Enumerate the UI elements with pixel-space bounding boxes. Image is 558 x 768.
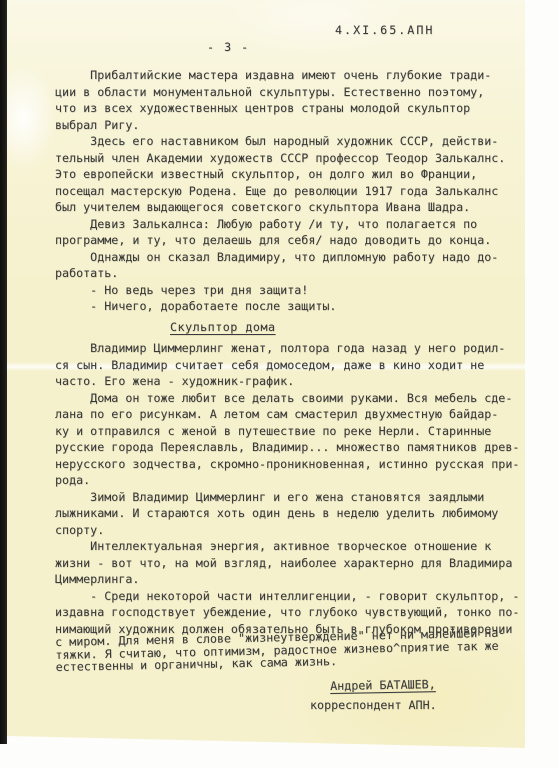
closing-paragraph: с миром. Для меня в слове "жизнеутвержде… bbox=[55, 627, 506, 674]
section-heading: Скульптор дома bbox=[170, 319, 276, 336]
signature-name: Андрей БАТАШЕВ, bbox=[330, 676, 436, 694]
document-scan: 4.XI.65.АПН - 3 - Прибалтийские мастера … bbox=[0, 0, 558, 768]
header-date-code: 4.XI.65.АПН bbox=[335, 22, 434, 39]
signature-role: корреспондент АПН. bbox=[310, 697, 437, 714]
scan-gutter-shadow bbox=[0, 0, 7, 744]
paper-sheet: 4.XI.65.АПН - 3 - Прибалтийские мастера … bbox=[7, 0, 525, 748]
section-paragraphs: Владимир Циммерлинг женат, полтора года … bbox=[55, 340, 519, 637]
page-number: - 3 - bbox=[207, 39, 250, 56]
intro-paragraphs: Прибалтийские мастера издавна имеют очен… bbox=[55, 67, 505, 315]
